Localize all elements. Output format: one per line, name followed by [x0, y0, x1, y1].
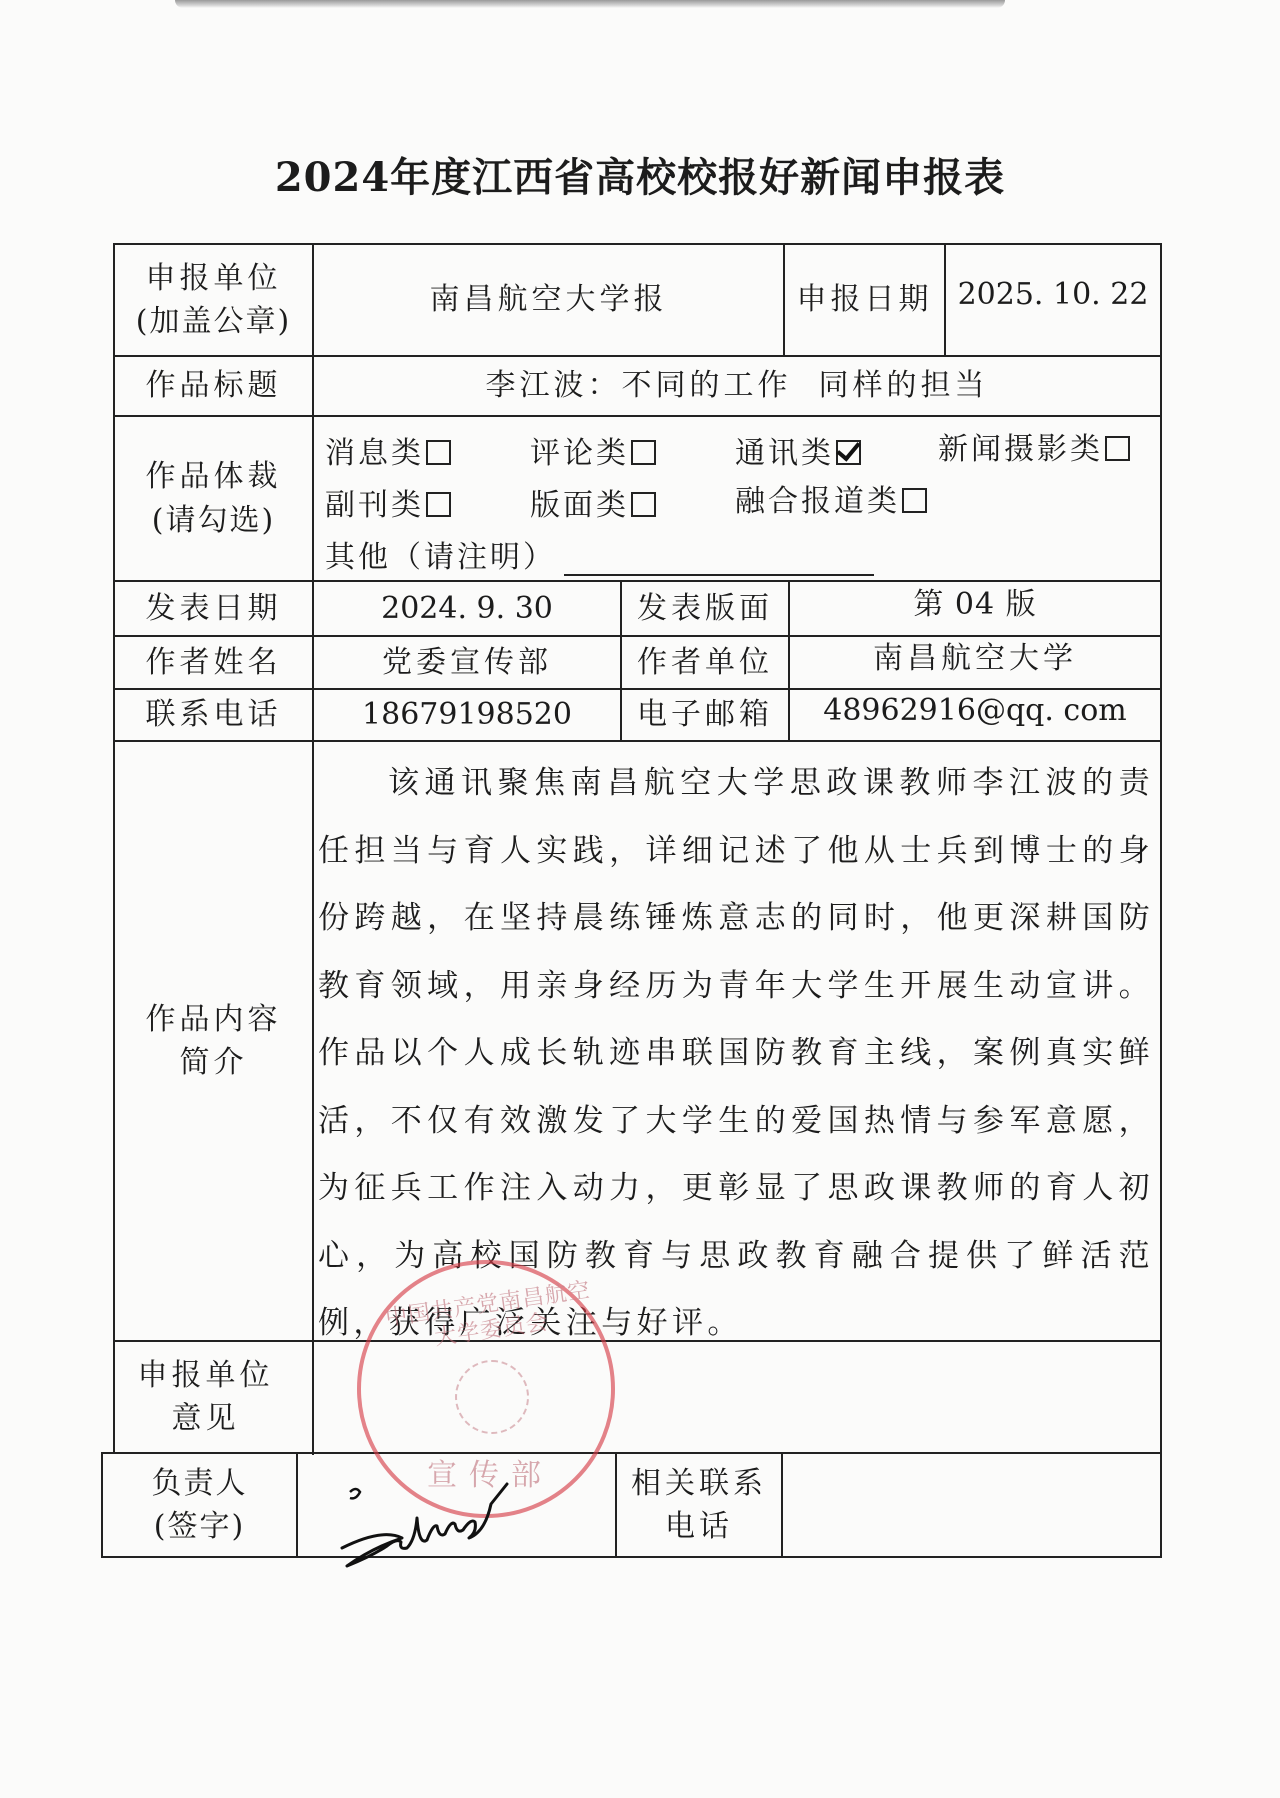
checkbox-unchecked-icon[interactable]	[426, 492, 451, 517]
genre-option-label: 副刊类	[325, 488, 424, 523]
apply-date-label: 申报日期	[785, 245, 944, 355]
responsible-label-line1: 负责人	[152, 1462, 248, 1506]
genre-option-other[interactable]: 其他（请注明）	[325, 532, 874, 576]
checkbox-unchecked-icon[interactable]	[1105, 436, 1130, 461]
applicant-unit-label: 申报单位 (加盖公章)	[115, 245, 312, 355]
phone-label: 联系电话	[115, 690, 312, 740]
genre-other-input[interactable]	[564, 546, 874, 576]
genre-option-layout[interactable]: 版面类	[530, 480, 656, 524]
genre-option-news[interactable]: 消息类	[325, 428, 451, 472]
contact-phone-label: 相关联系 电话	[617, 1454, 781, 1556]
apply-date-value[interactable]: 2025. 10. 22	[946, 245, 1160, 345]
opinion-label: 申报单位 意见	[115, 1342, 296, 1452]
checkbox-unchecked-icon[interactable]	[631, 440, 656, 465]
phone-value[interactable]: 18679198520	[314, 690, 620, 740]
responsible-label-line2: (签字)	[154, 1505, 245, 1549]
contact-phone-label-line2: 电话	[665, 1505, 733, 1549]
paper-edge-shadow	[175, 0, 1005, 8]
summary-label-line2: 简介	[180, 1041, 248, 1085]
publish-date-label: 发表日期	[115, 582, 312, 635]
email-value[interactable]: 48962916@qq. com	[790, 686, 1160, 736]
opinion-label-line2: 意见	[172, 1397, 240, 1441]
contact-phone-value[interactable]	[783, 1454, 1160, 1556]
author-name-label: 作者姓名	[115, 637, 312, 688]
genre-option-label: 消息类	[325, 436, 424, 471]
applicant-unit-label-line2: (加盖公章)	[136, 300, 291, 344]
author-unit-label: 作者单位	[622, 637, 788, 688]
genre-label: 作品体裁 (请勾选)	[115, 417, 312, 580]
genre-option-photo[interactable]: 新闻摄影类	[938, 424, 1130, 468]
genre-other-label: 其他（请注明）	[325, 540, 556, 575]
applicant-unit-label-line1: 申报单位	[146, 257, 282, 301]
email-label: 电子邮箱	[622, 690, 788, 740]
responsible-label: 负责人 (签字)	[103, 1454, 296, 1556]
genre-option-supplement[interactable]: 副刊类	[325, 480, 451, 524]
work-title-label: 作品标题	[115, 357, 312, 415]
stamp-top-text: 中国共产党南昌航空大学委员会	[378, 1277, 601, 1360]
genre-option-integrated[interactable]: 融合报道类	[735, 476, 927, 520]
author-unit-value[interactable]: 南昌航空大学	[790, 633, 1160, 684]
contact-phone-label-line1: 相关联系	[631, 1462, 767, 1506]
checkbox-unchecked-icon[interactable]	[426, 440, 451, 465]
genre-option-commentary[interactable]: 评论类	[530, 428, 656, 472]
summary-label-line1: 作品内容	[146, 998, 282, 1042]
genre-option-label: 通讯类	[735, 436, 834, 471]
checkbox-checked-icon[interactable]	[836, 440, 861, 465]
publish-date-value[interactable]: 2024. 9. 30	[314, 582, 620, 635]
document-title: 2024年度江西省高校校报好新闻申报表	[0, 146, 1280, 203]
genre-label-line1: 作品体裁	[146, 455, 282, 499]
opinion-label-line1: 申报单位	[138, 1354, 274, 1398]
publish-page-label: 发表版面	[622, 582, 788, 635]
handwritten-signature-icon	[330, 1470, 590, 1580]
genre-option-feature[interactable]: 通讯类	[735, 428, 861, 472]
applicant-unit-value[interactable]: 南昌航空大学报	[314, 245, 783, 355]
genre-option-label: 评论类	[530, 436, 629, 471]
genre-option-label: 版面类	[530, 488, 629, 523]
genre-option-label: 新闻摄影类	[938, 432, 1103, 467]
party-emblem-icon	[455, 1360, 529, 1434]
publish-page-value[interactable]: 第 04 版	[790, 578, 1160, 631]
genre-option-label: 融合报道类	[735, 484, 900, 519]
summary-label: 作品内容 简介	[115, 742, 312, 1340]
work-title-value[interactable]: 李江波：不同的工作 同样的担当	[314, 357, 1160, 415]
author-name-value[interactable]: 党委宣传部	[314, 637, 620, 688]
checkbox-unchecked-icon[interactable]	[631, 492, 656, 517]
genre-label-line2: (请勾选)	[152, 499, 275, 543]
checkbox-unchecked-icon[interactable]	[902, 488, 927, 513]
